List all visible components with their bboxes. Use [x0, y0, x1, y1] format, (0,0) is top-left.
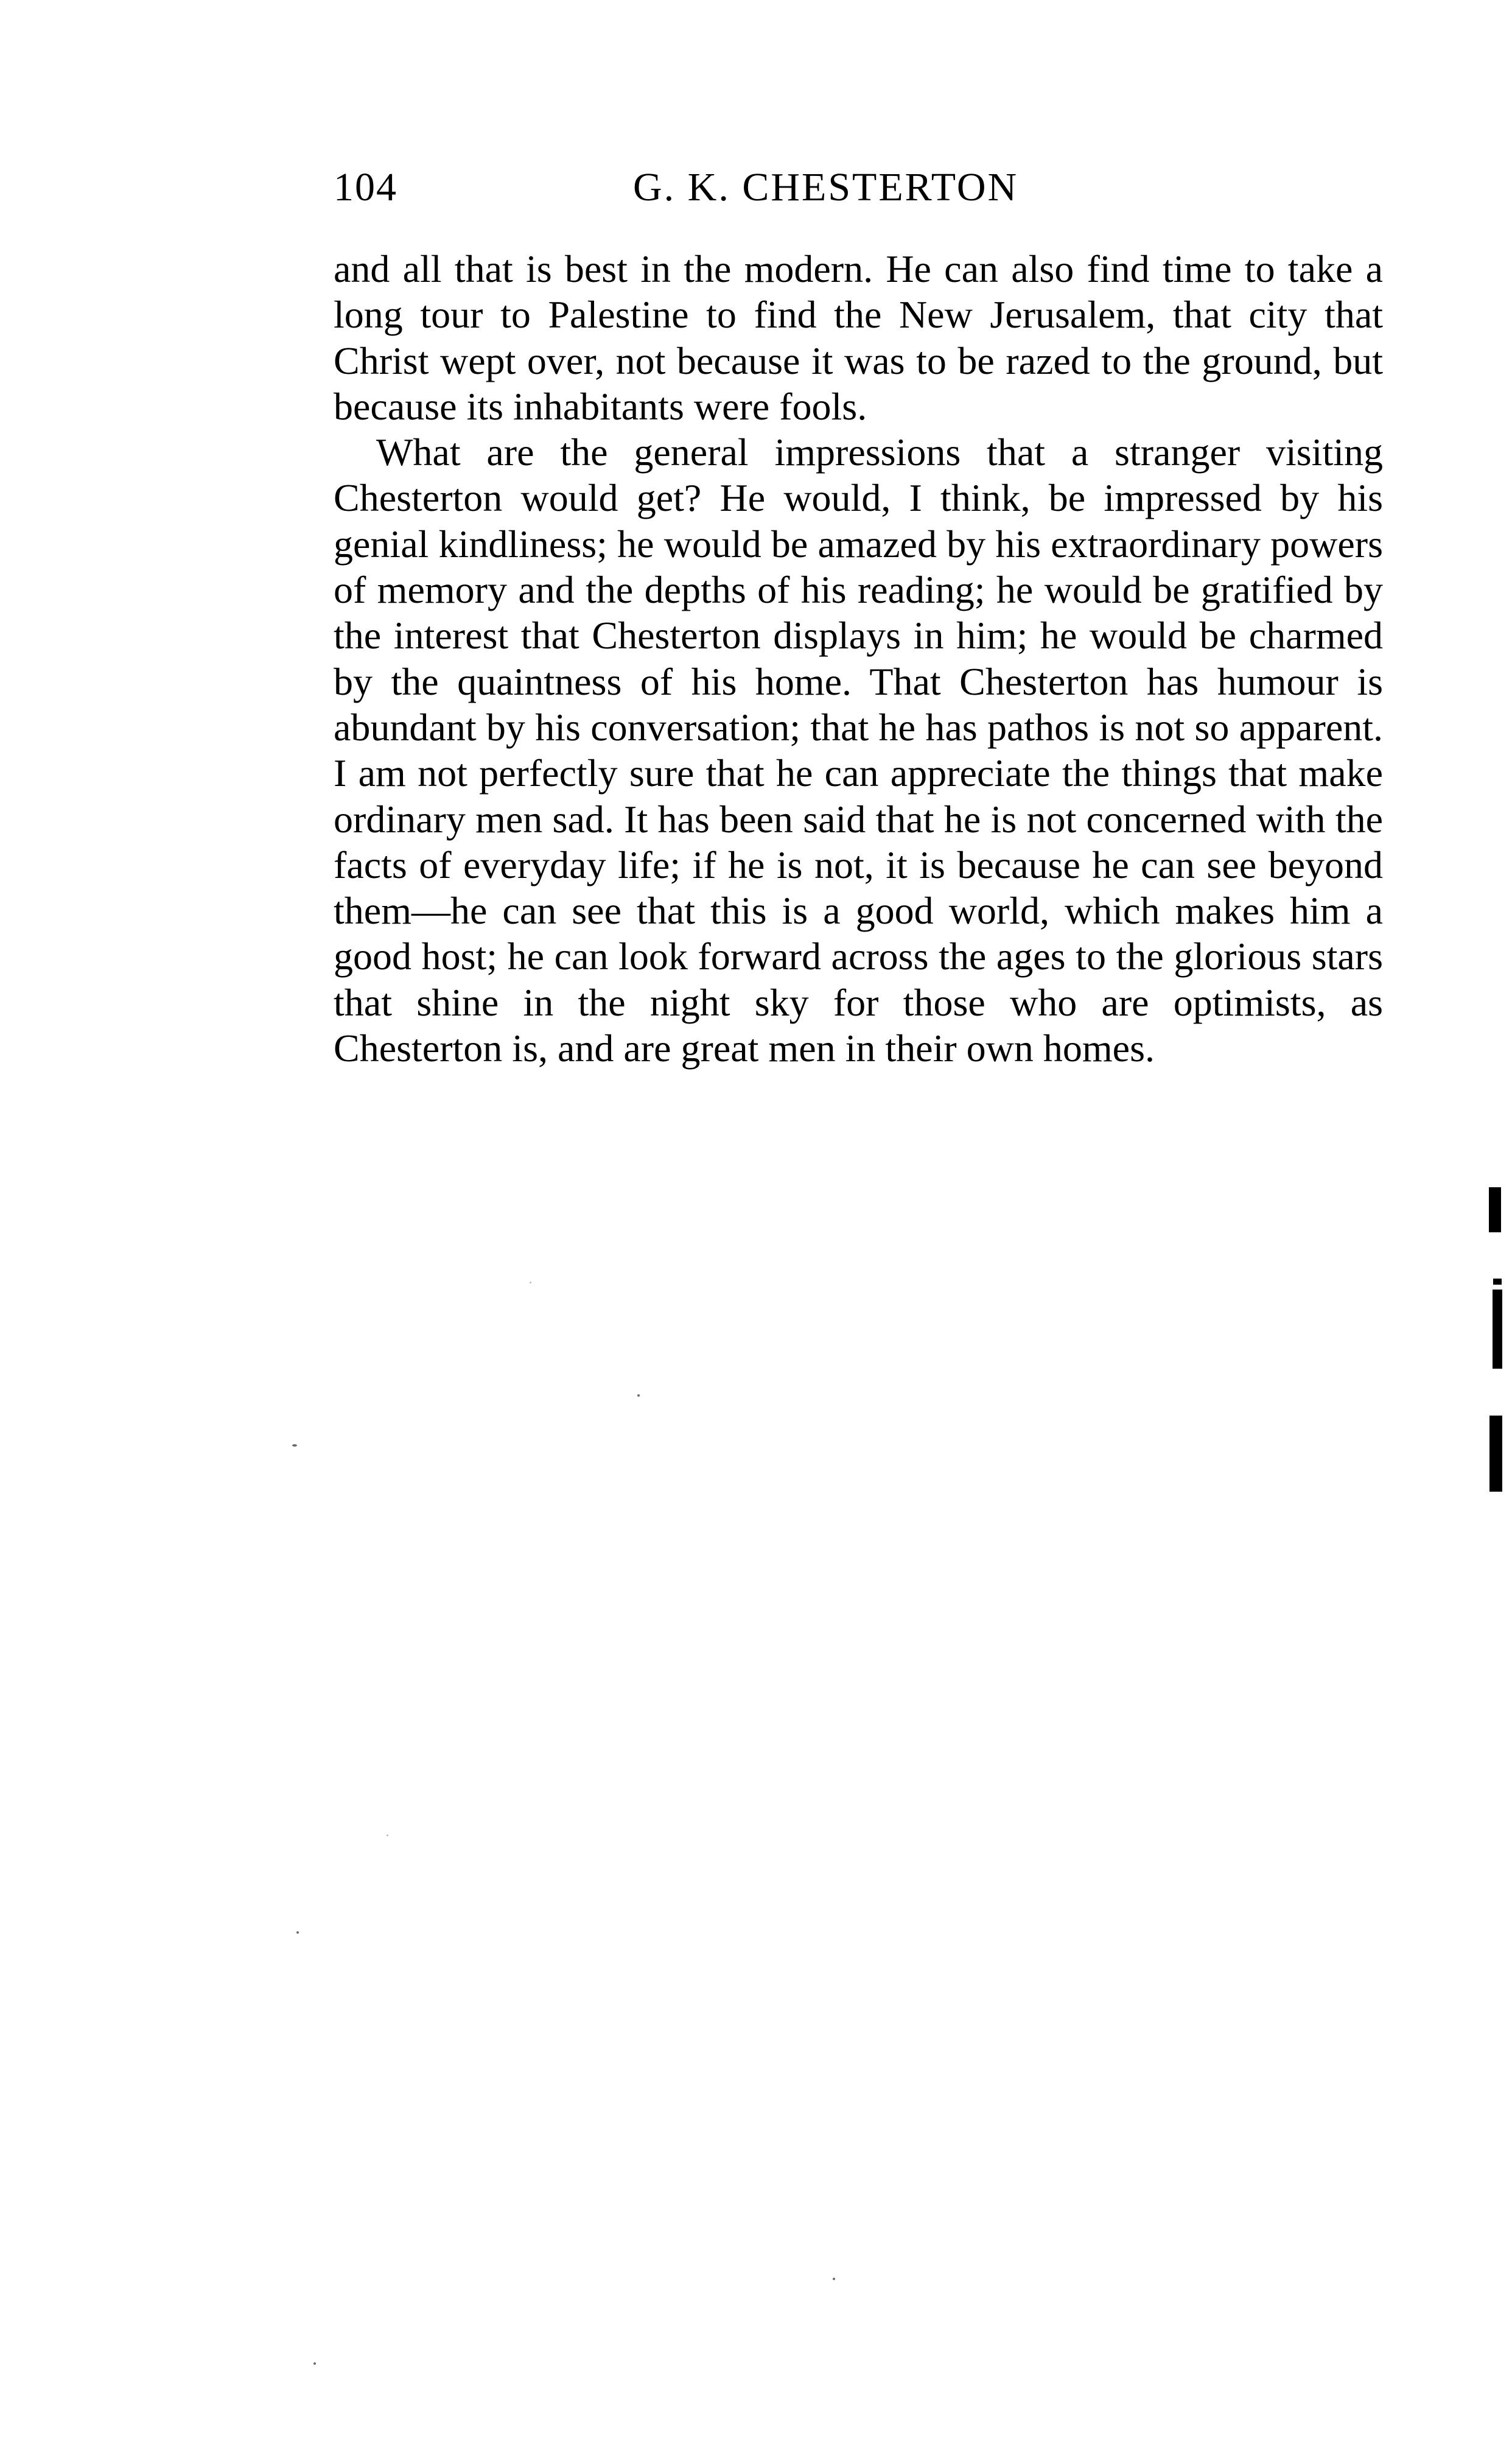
running-head: 104 G. K. CHESTERTON: [334, 164, 1381, 219]
scan-speck: [292, 1444, 297, 1447]
running-title: G. K. CHESTERTON: [633, 164, 1018, 211]
scan-edge-mark: [1493, 1279, 1502, 1285]
scan-edge-mark: [1489, 1187, 1501, 1232]
scan-speck: [313, 2362, 316, 2365]
scan-speck: [637, 1394, 640, 1397]
scan-speck: [833, 2278, 835, 2280]
scan-speck: [530, 1282, 531, 1283]
scan-edge-mark: [1489, 1416, 1502, 1492]
scan-edge-mark: [1493, 1290, 1502, 1369]
book-page: 104 G. K. CHESTERTON and all that is bes…: [0, 0, 1512, 2464]
paragraph-2: What are the general impressions that a …: [334, 429, 1383, 1071]
paragraph-1: and all that is best in the modern. He c…: [334, 246, 1383, 429]
scan-speck: [296, 1931, 299, 1934]
page-number: 104: [334, 164, 397, 211]
scan-speck: [387, 1834, 388, 1836]
body-text: and all that is best in the modern. He c…: [334, 246, 1383, 1071]
